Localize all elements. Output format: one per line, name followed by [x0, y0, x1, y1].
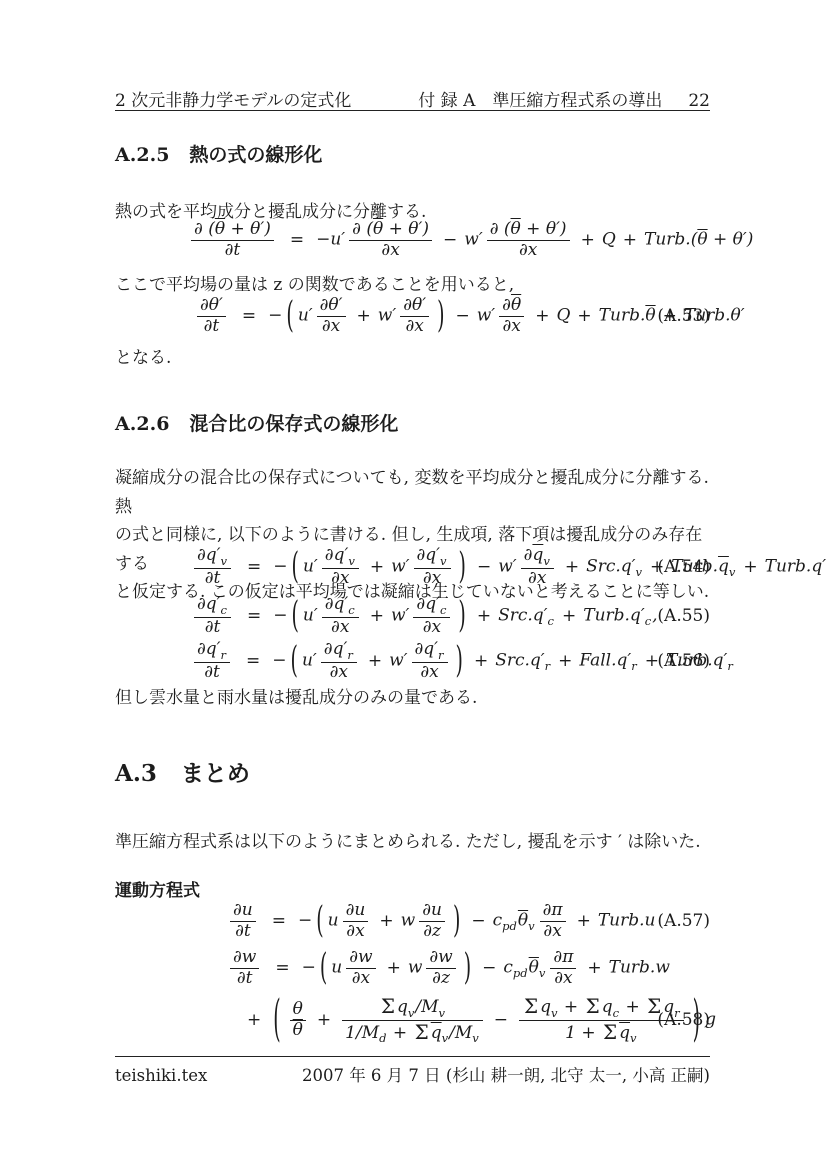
math-token: c	[221, 603, 227, 617]
heading-a3: A.3まとめ	[115, 755, 710, 788]
paragraph-5: 但し雲水量と雨水量は擾乱成分のみの量である.	[115, 684, 710, 713]
equation-body: ∂q′r∂t=−(u′∂q′r∂x+w′∂q′r∂x)+Src.q′r+Fall…	[190, 640, 710, 682]
fraction: ∂π∂x	[550, 948, 576, 988]
math-token: Src.q′	[586, 557, 635, 577]
equation-a58-line1: ∂w∂t=−(u∂w∂x+w∂w∂z)−cpdθv∂π∂x+Turb.w	[115, 948, 710, 988]
equation-a58-line2: +(θθ+Σqv/Mv1/Md + Σqv/Mv−Σqv + Σqc + Σqr…	[115, 995, 710, 1045]
math-token: ∂q′	[197, 545, 221, 565]
math-token: v	[729, 565, 736, 579]
math-token: −	[494, 1010, 508, 1030]
heading-number: A.2.5	[115, 144, 169, 166]
math-token: (	[292, 545, 299, 588]
math-token: +	[577, 911, 591, 931]
math-token: Σ	[603, 1020, 617, 1044]
math-token: +	[477, 606, 491, 626]
math-token: Src.q′	[495, 651, 544, 671]
math-token: w′	[391, 557, 409, 577]
math-token: ∂u	[422, 900, 442, 920]
equation-number: (A.55)	[657, 606, 710, 626]
math-token: ∂t	[205, 617, 221, 637]
math-token: ∂π	[553, 947, 573, 967]
equation-number: (A.58)	[657, 1010, 710, 1030]
math-token: +	[535, 306, 549, 326]
math-token: −	[471, 911, 485, 931]
math-token: θ	[529, 958, 539, 978]
math-token: w	[401, 911, 416, 931]
math-token: θ	[645, 306, 655, 326]
math-token: +	[558, 651, 572, 671]
math-token: )	[459, 545, 466, 588]
math-token: r	[545, 659, 551, 673]
math-token: w	[408, 958, 423, 978]
math-token: r	[347, 648, 353, 662]
fraction: ∂q′v∂t	[194, 546, 231, 588]
math-token: v	[543, 554, 550, 568]
math-token: θ	[293, 999, 303, 1019]
equation-body: ∂ (θ + θ′)∂t=−u′∂ (θ + θ′)∂x−w′∂ (θ + θ′…	[187, 220, 710, 260]
math-token: pd	[502, 919, 517, 933]
math-token: c	[613, 1006, 619, 1020]
fraction: ∂u∂x	[343, 901, 369, 941]
math-token: Turb.(	[644, 230, 697, 250]
math-token: +	[623, 230, 637, 250]
math-token: v	[630, 1031, 637, 1045]
math-token: +	[587, 958, 601, 978]
math-token: ∂θ′	[320, 295, 343, 315]
math-token: q	[619, 1023, 630, 1043]
math-token: ∂q′	[197, 594, 221, 614]
math-token: ∂x	[423, 617, 441, 637]
equation-a56: ∂q′r∂t=−(u′∂q′r∂x+w′∂q′r∂x)+Src.q′r+Fall…	[115, 640, 710, 682]
heading-number: A.2.6	[115, 413, 169, 435]
math-token: ∂t	[204, 662, 220, 682]
math-token: ∂t	[235, 921, 251, 941]
equation-a57: ∂u∂t=−(u∂u∂x+w∂u∂z)−cpdθv∂π∂x+Turb.u (A.…	[115, 901, 710, 941]
heading-a26: A.2.6混合比の保存式の線形化	[115, 409, 710, 436]
math-token: −u′	[316, 230, 345, 250]
math-token: )	[456, 639, 463, 682]
math-token: w′	[389, 651, 407, 671]
math-token: +	[370, 606, 384, 626]
math-token: ∂θ′	[403, 295, 426, 315]
math-token: (	[273, 991, 280, 1050]
math-token: u′	[303, 606, 318, 626]
math-token: ∂x	[543, 921, 561, 941]
heading-a25: A.2.5熱の式の線形化	[115, 140, 710, 167]
math-token: +	[620, 997, 645, 1017]
math-token: (	[316, 899, 323, 942]
math-token: Turb.q′	[583, 606, 644, 626]
math-token: +	[562, 606, 576, 626]
math-token: ∂x	[528, 568, 546, 588]
equation-number: (A.56)	[657, 651, 710, 671]
math-token: + θ′)	[225, 219, 271, 239]
fraction: ∂q′c∂t	[194, 595, 231, 637]
math-token: ∂θ′	[200, 295, 223, 315]
math-token: =	[247, 557, 261, 577]
math-token: −	[443, 230, 457, 250]
math-token: Q	[556, 306, 570, 326]
fraction: ∂q′v∂x	[414, 546, 451, 588]
fraction: ∂q′r∂x	[412, 640, 448, 682]
fraction: θθ	[290, 1000, 306, 1040]
heading-number: A.3	[115, 760, 157, 787]
math-token: ∂q′	[417, 545, 441, 565]
math-token: ∂x	[503, 316, 521, 336]
math-token: −	[272, 651, 286, 671]
fraction: ∂π∂x	[540, 901, 566, 941]
fraction: ∂θ′∂t	[197, 296, 226, 336]
math-token: =	[290, 230, 304, 250]
math-token: +	[577, 306, 591, 326]
math-token: + θ′)	[383, 219, 429, 239]
math-token: (	[286, 294, 293, 337]
math-token: ∂x	[322, 316, 340, 336]
math-token: =	[272, 911, 286, 931]
math-token: Turb.u	[598, 911, 656, 931]
math-token: Src.q′	[498, 606, 547, 626]
math-token: Σ	[415, 1020, 429, 1044]
math-token: + θ′)	[521, 219, 567, 239]
math-token: ∂z	[432, 968, 450, 988]
math-token: ∂x	[405, 316, 423, 336]
math-token: pd	[513, 966, 528, 980]
equation-a55: ∂q′c∂t=−(u′∂q′c∂x+w′∂q′c∂x)+Src.q′c+Turb…	[115, 595, 710, 637]
equation-a54: ∂q′v∂t=−(u′∂q′v∂x+w′∂q′v∂x)−w′∂qv∂x+Src.…	[115, 546, 710, 588]
math-token: ∂q′	[324, 639, 348, 659]
math-token: Σ	[586, 994, 600, 1018]
page-footer: teishiki.tex 2007 年 6 月 7 日 (杉山 耕一朗, 北守 …	[115, 1062, 710, 1086]
math-token: 1 +	[565, 1023, 601, 1043]
header-appendix-title: 付 録 A 準圧縮方程式系の導出	[418, 86, 662, 111]
math-token: q	[718, 557, 729, 577]
math-token: (	[291, 639, 298, 682]
math-token: +	[379, 911, 393, 931]
footer-filename: teishiki.tex	[115, 1066, 207, 1085]
math-token: +	[388, 1023, 413, 1043]
math-token: =	[275, 958, 289, 978]
paragraph-3: となる.	[115, 344, 710, 373]
math-token: ∂q′	[415, 639, 439, 659]
math-token: −	[302, 958, 316, 978]
math-token: +	[565, 557, 579, 577]
math-token: Fall.q′	[579, 651, 631, 671]
math-token: ∂q′	[416, 594, 440, 614]
math-token: θ	[293, 1020, 303, 1040]
equation-number: (A.54)	[657, 557, 710, 577]
footer-rule	[115, 1056, 710, 1057]
math-token: +	[474, 651, 488, 671]
math-token: ∂q′	[197, 639, 221, 659]
paragraph-4-line-1: 凝縮成分の混合比の保存式についても, 変数を平均成分と擾乱成分に分離する. 熱	[115, 464, 710, 521]
math-token: q	[431, 1023, 442, 1043]
fraction: Σqv/Mv1/Md + Σqv/Mv	[342, 995, 483, 1045]
equation-body: ∂u∂t=−(u∂u∂x+w∂u∂z)−cpdθv∂π∂x+Turb.u	[226, 901, 710, 941]
math-token: w′	[378, 306, 396, 326]
equation-body: +(θθ+Σqv/Mv1/Md + Σqv/Mv−Σqv + Σqc + Σqr…	[240, 995, 710, 1045]
fraction: ∂q′r∂x	[321, 640, 357, 682]
paragraph-7-motion-equations: 運動方程式	[115, 876, 710, 901]
math-token: + θ′)	[708, 230, 754, 250]
equation-body: ∂θ′∂t=−(u′∂θ′∂x+w′∂θ′∂x)−w′∂θ∂x+Q+Turb.θ…	[193, 296, 710, 336]
math-token: +	[559, 997, 584, 1017]
math-token: ∂z	[423, 921, 441, 941]
math-token: −	[273, 606, 287, 626]
math-token: ∂t	[204, 316, 220, 336]
math-token: /M	[449, 1023, 472, 1043]
math-token: v	[440, 554, 447, 568]
math-token: ∂w	[429, 947, 452, 967]
math-token: (	[292, 594, 299, 637]
math-token: )	[437, 294, 444, 337]
math-token: −	[273, 557, 287, 577]
math-token: u	[331, 958, 342, 978]
math-token: −	[456, 306, 470, 326]
math-token: ∂x	[352, 968, 370, 988]
math-token: ∂q′	[325, 594, 349, 614]
math-token: w′	[498, 557, 516, 577]
math-token: ∂x	[331, 568, 349, 588]
math-token: /M	[415, 997, 438, 1017]
math-token: r	[631, 659, 637, 673]
math-token: −	[482, 958, 496, 978]
math-token: θ	[373, 219, 383, 239]
math-token: +	[581, 230, 595, 250]
math-token: ∂x	[346, 921, 364, 941]
math-token: +	[370, 557, 384, 577]
math-token: θ	[697, 230, 707, 250]
math-token: =	[246, 651, 260, 671]
equation-body: ∂q′c∂t=−(u′∂q′c∂x+w′∂q′c∂x)+Src.q′c+Turb…	[190, 595, 710, 637]
footer-date-authors: 2007 年 6 月 7 日 (杉山 耕一朗, 北守 太一, 小高 正嗣)	[302, 1062, 710, 1086]
math-token: +	[317, 1010, 331, 1030]
math-token: ∂x	[423, 568, 441, 588]
math-token: u′	[302, 651, 317, 671]
math-token: −	[268, 306, 282, 326]
math-token: d	[379, 1031, 386, 1045]
math-token: u′	[303, 557, 318, 577]
math-token: Σ	[524, 994, 538, 1018]
page-header: 2 次元非静力学モデルの定式化 付 録 A 準圧縮方程式系の導出 22	[115, 86, 710, 111]
math-token: r	[727, 659, 733, 673]
math-token: v	[442, 1031, 449, 1045]
math-token: ∂x	[554, 968, 572, 988]
math-token: ∂x	[420, 662, 438, 682]
fraction: ∂θ∂x	[499, 296, 524, 336]
equation-body: ∂w∂t=−(u∂w∂x+w∂w∂z)−cpdθv∂π∂x+Turb.w	[226, 948, 710, 988]
fraction: ∂u∂z	[419, 901, 445, 941]
document-page: 2 次元非静力学モデルの定式化 付 録 A 準圧縮方程式系の導出 22 A.2.…	[0, 0, 826, 1169]
heading-title: 熱の式の線形化	[189, 144, 322, 166]
math-token: ∂x	[381, 240, 399, 260]
math-token: +	[357, 306, 371, 326]
math-token: θ	[518, 911, 528, 931]
math-token: )	[458, 594, 465, 637]
math-token: +	[387, 958, 401, 978]
math-token: =	[247, 606, 261, 626]
fraction: ∂w∂x	[346, 948, 375, 988]
fraction: ∂w∂t	[230, 948, 259, 988]
math-token: c	[503, 958, 513, 978]
fraction: ∂q′r∂t	[194, 640, 230, 682]
fraction: ∂q′c∂x	[322, 595, 359, 637]
equation-number: (A.57)	[657, 911, 710, 931]
math-token: ∂q′	[325, 545, 349, 565]
fraction: ∂θ′∂x	[400, 296, 429, 336]
math-token: c	[645, 614, 651, 628]
math-token: ∂t	[237, 968, 253, 988]
fraction: ∂ (θ + θ′)∂x	[487, 220, 570, 260]
page-number: 22	[688, 91, 710, 111]
math-token: v	[528, 919, 535, 933]
header-running-title: 2 次元非静力学モデルの定式化	[115, 86, 351, 111]
math-token: ∂u	[233, 900, 253, 920]
math-token: Q	[602, 230, 616, 250]
math-token: 1/M	[345, 1023, 379, 1043]
math-token: )	[464, 946, 471, 989]
math-token: v	[221, 554, 228, 568]
math-token: θ	[511, 219, 521, 239]
math-token: θ	[215, 219, 225, 239]
math-token: ∂x	[331, 617, 349, 637]
math-token: Σ	[381, 994, 395, 1018]
fraction: ∂θ′∂x	[317, 296, 346, 336]
math-token: θ	[511, 295, 521, 315]
math-token: +	[368, 651, 382, 671]
fraction: ∂w∂z	[426, 948, 455, 988]
math-token: ∂	[502, 295, 511, 315]
math-token: c	[548, 614, 554, 628]
math-token: ∂x	[330, 662, 348, 682]
fraction: ∂qv∂x	[521, 546, 554, 588]
math-token: ∂ (	[194, 219, 215, 239]
math-token: u′	[298, 306, 313, 326]
fraction: ∂u∂t	[230, 901, 256, 941]
math-token: q	[397, 997, 408, 1017]
math-token: ∂w	[349, 947, 372, 967]
math-token: ∂w	[233, 947, 256, 967]
math-token: ∂u	[346, 900, 366, 920]
paragraph-6: 準圧縮方程式系は以下のようにまとめられる. ただし, 擾乱を示す ′ は除いた.	[115, 828, 710, 857]
math-token: c	[348, 603, 354, 617]
equation-number: (A.53)	[657, 306, 710, 326]
math-token: v	[551, 1006, 558, 1020]
math-token: +	[247, 1010, 261, 1030]
math-token: Turb.	[599, 306, 646, 326]
math-token: ∂t	[225, 240, 241, 260]
equation-a53: ∂θ′∂t=−(u′∂θ′∂x+w′∂θ′∂x)−w′∂θ∂x+Q+Turb.θ…	[115, 296, 710, 336]
math-token: v	[539, 966, 546, 980]
math-token: +	[743, 557, 757, 577]
math-token: c	[440, 603, 446, 617]
math-token: v	[636, 565, 643, 579]
math-token: u	[328, 911, 339, 931]
math-token: w′	[477, 306, 495, 326]
math-token: v	[348, 554, 355, 568]
math-token: Turb.q′	[765, 557, 826, 577]
math-token: ∂π	[543, 900, 563, 920]
fraction: ∂ (θ + θ′)∂x	[349, 220, 432, 260]
math-token: v	[439, 1006, 446, 1020]
math-token: (	[320, 946, 327, 989]
math-token: −	[298, 911, 312, 931]
math-token: ∂ (	[490, 219, 511, 239]
math-token: )	[453, 899, 460, 942]
math-token: r	[221, 648, 227, 662]
math-token: w′	[464, 230, 482, 250]
math-token: −	[477, 557, 491, 577]
fraction: ∂q′c∂x	[413, 595, 450, 637]
math-token: c	[493, 911, 503, 931]
equation-theta-split: ∂ (θ + θ′)∂t=−u′∂ (θ + θ′)∂x−w′∂ (θ + θ′…	[115, 220, 710, 260]
math-token: v	[472, 1031, 479, 1045]
math-token: ∂ (	[352, 219, 373, 239]
math-token: Turb.w	[609, 958, 670, 978]
heading-title: まとめ	[181, 760, 250, 787]
heading-title: 混合比の保存式の線形化	[189, 413, 398, 435]
math-token: =	[242, 306, 256, 326]
math-token: q	[540, 997, 551, 1017]
math-token: w′	[391, 606, 409, 626]
math-token: r	[438, 648, 444, 662]
header-rule	[115, 110, 710, 111]
math-token: v	[408, 1006, 415, 1020]
math-token: ∂x	[519, 240, 537, 260]
equation-body: ∂q′v∂t=−(u′∂q′v∂x+w′∂q′v∂x)−w′∂qv∂x+Src.…	[190, 546, 710, 588]
fraction: ∂q′v∂x	[322, 546, 359, 588]
math-token: ∂t	[205, 568, 221, 588]
math-token: q	[532, 545, 543, 565]
math-token: q	[602, 997, 613, 1017]
fraction: ∂ (θ + θ′)∂t	[191, 220, 274, 260]
